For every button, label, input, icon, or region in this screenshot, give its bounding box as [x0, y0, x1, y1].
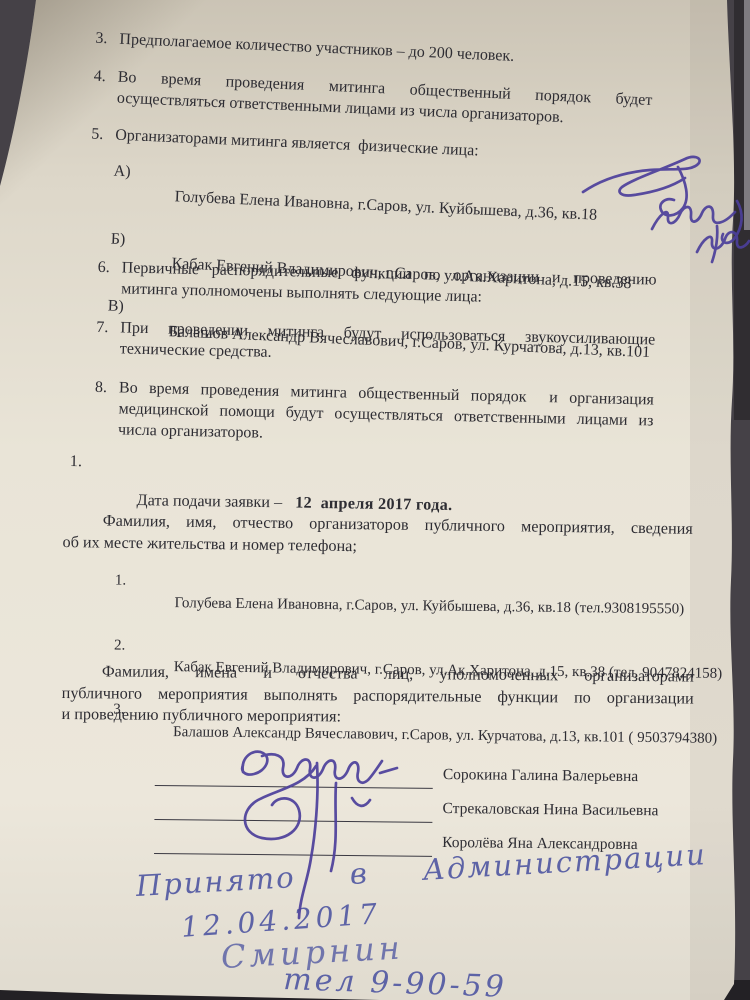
- item-8: 8. Во время проведения митинга обществен…: [56, 376, 654, 453]
- item-number: 8.: [95, 377, 107, 398]
- contact-row: 1.Голубева Елена Ивановна, г.Саров, ул. …: [77, 570, 718, 642]
- signature-line: [154, 830, 432, 857]
- item-text: Организаторами митинга является физическ…: [115, 125, 650, 169]
- organizer-letter: Б): [110, 228, 125, 251]
- item-text: Предполагаемое количество участников – д…: [119, 29, 654, 73]
- authorized-name: Стрекаловская Нина Васильевна: [442, 800, 658, 820]
- contact-number: 2.: [114, 635, 126, 657]
- section-contacts-heading: Фамилия, имя, отчество организаторов пуб…: [62, 510, 693, 562]
- handwritten-phone: тел 9-90-59: [283, 962, 508, 1000]
- item-number: 7.: [96, 317, 108, 338]
- signature-line: [154, 796, 432, 823]
- organizer-letter: А): [113, 161, 131, 184]
- document-photo: 3. Предполагаемое количество участников …: [0, 0, 750, 1000]
- signature-row: Сорокина Галина Валерьевна: [155, 763, 675, 791]
- signature-line: [155, 762, 433, 789]
- section-items-6-8: 6. Первичные распорядительные функции по…: [56, 256, 657, 452]
- item-number: 6.: [98, 257, 110, 278]
- section-authorized-heading: Фамилия, имена и отчества лиц, уполномоч…: [61, 661, 694, 731]
- authorized-name: Сорокина Галина Валерьевна: [443, 766, 638, 786]
- item-7: 7. При проведении митинга будут использо…: [58, 316, 656, 372]
- contact-number: 1.: [115, 570, 127, 592]
- item-number: 4.: [93, 66, 106, 88]
- organizer-text: Голубева Елена Ивановна, г.Саров, ул. Ку…: [174, 188, 597, 223]
- item-3: 3. Предполагаемое количество участников …: [57, 26, 654, 73]
- item-4: 4. Во время проведения митинга обществен…: [55, 64, 653, 132]
- contact-text: Голубева Елена Ивановна, г.Саров, ул. Ку…: [175, 595, 685, 617]
- date-label: Дата подачи заявки –: [136, 491, 286, 511]
- item-number: 3.: [95, 28, 108, 50]
- item-number: 1.: [70, 452, 82, 471]
- item-number: 5.: [91, 124, 104, 146]
- date-value: 12 апреля 2017 года.: [295, 494, 452, 514]
- signature-row: Стрекаловская Нина Васильевна: [154, 797, 674, 825]
